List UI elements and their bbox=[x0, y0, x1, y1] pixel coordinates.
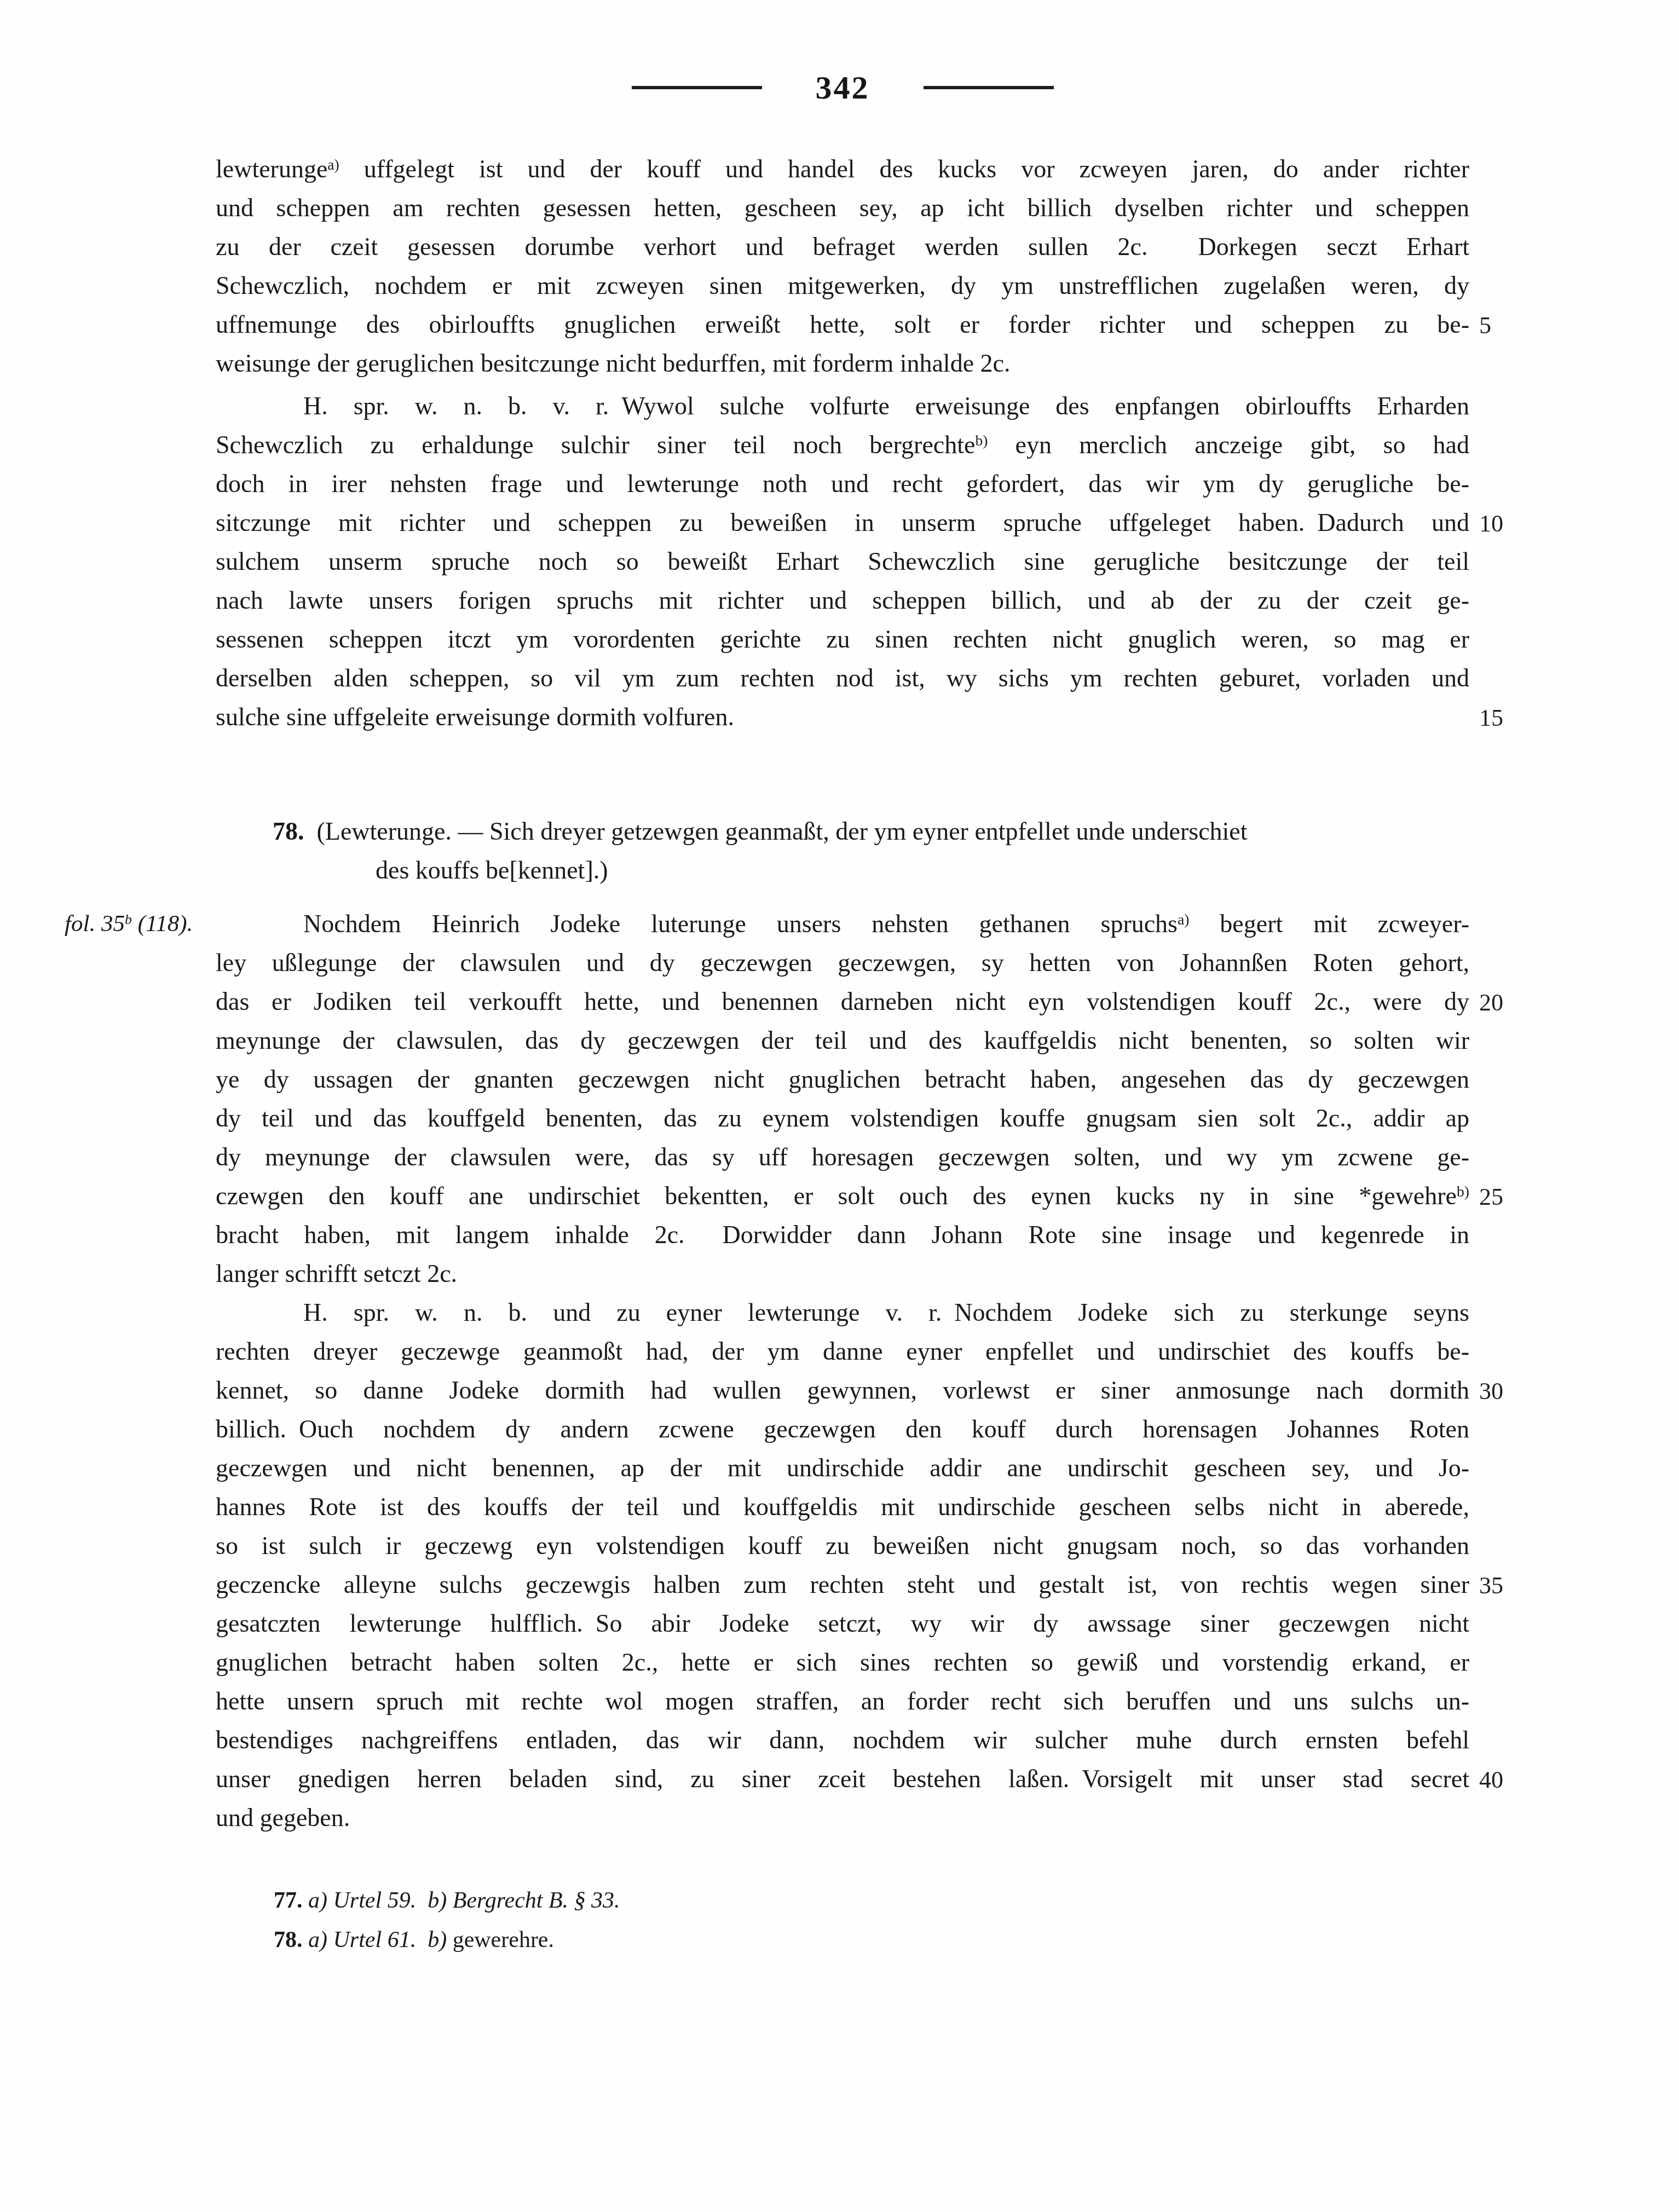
text-line: des kouffs be[kennet].) bbox=[216, 851, 1469, 890]
margin-line-number: 10 bbox=[1479, 504, 1503, 543]
text-line: H. spr. w. n. b. und zu eyner lewterunge… bbox=[216, 1293, 1469, 1332]
margin-line-number: 30 bbox=[1479, 1372, 1503, 1411]
text-line: das er Jodiken teil verkoufft hette, und… bbox=[216, 982, 1469, 1021]
text-line: billich. Ouch nochdem dy andern zcwene g… bbox=[216, 1410, 1469, 1448]
text-line: uffnemunge des obirlouffts gnuglichen er… bbox=[216, 305, 1469, 344]
header-rule-right bbox=[924, 86, 1054, 89]
text-line: und scheppen am rechten gesessen hetten,… bbox=[216, 188, 1469, 227]
text-line: Schewczlich zu erhaldunge sulchir siner … bbox=[216, 425, 1469, 464]
text-line: doch in irer nehsten frage und lewterung… bbox=[216, 464, 1469, 503]
margin-line-number: 20 bbox=[1479, 983, 1503, 1022]
text-line: geczencke alleyne sulchs geczewgis halbe… bbox=[216, 1565, 1469, 1604]
text-line: meynunge der clawsulen, das dy geczewgen… bbox=[216, 1021, 1469, 1060]
text-line: H. spr. w. n. b. v. r. Wywol sulche volf… bbox=[216, 386, 1469, 425]
text-line: czewgen den kouff ane undirschiet bekent… bbox=[216, 1176, 1469, 1215]
paragraph-78-judgment: H. spr. w. n. b. und zu eyner lewterunge… bbox=[216, 1293, 1469, 1837]
text-line: gnuglichen betracht haben solten 2c., he… bbox=[216, 1643, 1469, 1682]
text-line: bestendiges nachgreiffens entladen, das … bbox=[216, 1720, 1469, 1759]
text-line: sessenen scheppen itczt ym vorordenten g… bbox=[216, 620, 1469, 659]
text-line: geczewgen und nicht benennen, ap der mit… bbox=[216, 1448, 1469, 1487]
text-line: rechten dreyer geczewge geanmoßt had, de… bbox=[216, 1332, 1469, 1371]
text-line: hannes Rote ist des kouffs der teil und … bbox=[216, 1487, 1469, 1526]
text-line: langer schrifft setczt 2c. bbox=[216, 1254, 1469, 1293]
text-line: dy teil und das kouffgeld benenten, das … bbox=[216, 1099, 1469, 1137]
text-line: ye dy ussagen der gnanten geczewgen nich… bbox=[216, 1060, 1469, 1099]
paragraph-77-judgment: H. spr. w. n. b. v. r. Wywol sulche volf… bbox=[216, 386, 1469, 736]
text-line: 78. (Lewterunge. — Sich dreyer getzewgen… bbox=[216, 812, 1469, 851]
text-line: 77. a) Urtel 59. b) Bergrecht B. § 33. bbox=[216, 1881, 1469, 1920]
footnotes: 77. a) Urtel 59. b) Bergrecht B. § 33.78… bbox=[216, 1881, 1469, 1960]
margin-line-number: 25 bbox=[1479, 1177, 1503, 1216]
heading-entry-78: 78. (Lewterunge. — Sich dreyer getzewgen… bbox=[216, 812, 1469, 890]
header-rule-left bbox=[632, 86, 762, 89]
text-line: 78. a) Urtel 61. b) gewerehre. bbox=[216, 1920, 1469, 1960]
margin-line-number: 35 bbox=[1479, 1566, 1503, 1605]
text-line: bracht haben, mit langem inhalde 2c. Dor… bbox=[216, 1215, 1469, 1254]
text-line: sulche sine uffgeleite erweisunge dormit… bbox=[216, 697, 1469, 736]
text-line: kennet, so danne Jodeke dormith had wull… bbox=[216, 1371, 1469, 1410]
text-line: hette unsern spruch mit rechte wol mogen… bbox=[216, 1682, 1469, 1720]
text-line: unser gnedigen herren beladen sind, zu s… bbox=[216, 1759, 1469, 1798]
text-line: weisunge der geruglichen besitczunge nic… bbox=[216, 344, 1469, 383]
text-line: sitczunge mit richter und scheppen zu be… bbox=[216, 503, 1469, 542]
text-line: so ist sulch ir geczewg eyn volstendigen… bbox=[216, 1526, 1469, 1565]
margin-line-number: 40 bbox=[1479, 1760, 1503, 1799]
page-header: 342 bbox=[216, 65, 1469, 111]
page-number: 342 bbox=[816, 69, 870, 107]
text-line: Schewczlich, nochdem er mit zcweyen sine… bbox=[216, 266, 1469, 305]
text-line: gesatczten lewterunge hulfflich. So abir… bbox=[216, 1604, 1469, 1643]
text-line: zu der czeit gesessen dorumbe verhort un… bbox=[216, 227, 1469, 266]
text-line: und gegeben. bbox=[216, 1798, 1469, 1837]
paragraph-77-continuation: lewterungea) uffgelegt ist und der kouff… bbox=[216, 149, 1469, 383]
text-line: Nochdem Heinrich Jodeke luterunge unsers… bbox=[216, 904, 1469, 943]
text-line: dy meynunge der clawsulen were, das sy u… bbox=[216, 1137, 1469, 1176]
text-line: ley ußlegunge der clawsulen und dy gecze… bbox=[216, 943, 1469, 982]
paragraph-78-statement: Nochdem Heinrich Jodeke luterunge unsers… bbox=[216, 904, 1469, 1293]
text-line: derselben alden scheppen, so vil ym zum … bbox=[216, 659, 1469, 697]
text-line: sulchem unserm spruche noch so beweißt E… bbox=[216, 542, 1469, 581]
text-line: nach lawte unsers forigen spruchs mit ri… bbox=[216, 581, 1469, 620]
margin-line-number: 15 bbox=[1479, 698, 1503, 737]
margin-line-number: 5 bbox=[1479, 306, 1491, 345]
scanned-page: 342 fol. 35b (118). lewterungea) uffgele… bbox=[0, 0, 1679, 2212]
text-line: lewterungea) uffgelegt ist und der kouff… bbox=[216, 149, 1469, 188]
